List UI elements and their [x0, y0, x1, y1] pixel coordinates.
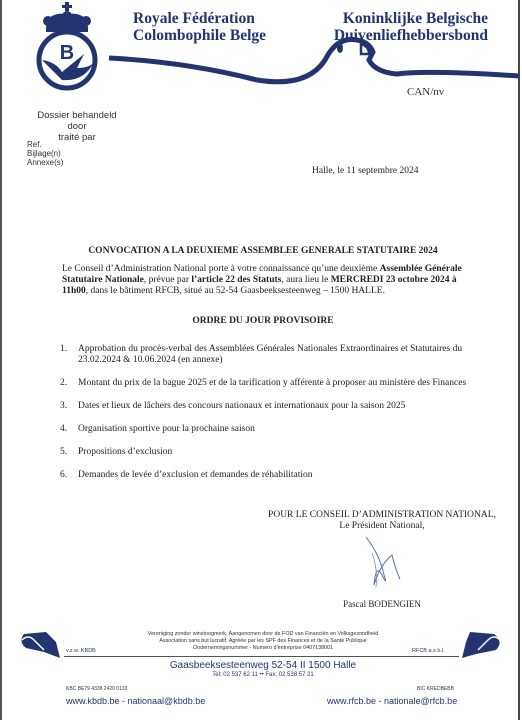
agenda-number: 6.	[60, 470, 78, 481]
handwritten-signature	[362, 535, 402, 591]
dossier-label: Dossier behandeld door traité par	[27, 110, 127, 143]
agenda-item: 5.Propositions d’exclusion	[60, 447, 490, 458]
intro-text: Le Conseil d’Administration National por…	[62, 264, 380, 274]
svg-text:B: B	[60, 42, 74, 64]
pigeon-hand-right-icon	[460, 630, 506, 662]
bank-account: KBC BE79 4338 2420 0133	[66, 686, 127, 692]
agenda-number: 3.	[60, 401, 78, 412]
asbl-label: RFCB a.s.b.l.	[412, 648, 445, 654]
org-nl-line2: Duivenliefhebbersbond	[334, 27, 488, 44]
org-nl-line1: Koninklijke Belgische	[334, 10, 488, 27]
agenda-item: 2.Montant du prix de la bague 2025 et de…	[60, 378, 490, 389]
agenda-item: 1.Approbation du procès-verbal des Assem…	[60, 344, 490, 366]
signature-title: Le Président National,	[262, 521, 502, 532]
intro-bold: l’article 22 des Statuts	[191, 275, 281, 285]
legal-notice: Vereniging zonder winstoogmerk. Aangenom…	[142, 631, 384, 652]
agenda-item: 4.Organisation sportive pour la prochain…	[60, 424, 490, 435]
bijlage-label: Bijlage(n)	[27, 149, 63, 158]
intro-text: , dans le bâtiment RFCB, situé au 52-54 …	[86, 286, 385, 296]
signature-block: POUR LE CONSEIL D’ADMINISTRATION NATIONA…	[262, 510, 502, 532]
document-page: B Royale Fédération Colombophile Belge K…	[0, 0, 520, 720]
agenda-text: Approbation du procès-verbal des Assembl…	[78, 344, 490, 366]
signatory-name: Pascal BODENGIEN	[262, 599, 502, 609]
agenda-title: ORDRE DU JOUR PROVISOIRE	[2, 316, 522, 326]
agenda-number: 4.	[60, 424, 78, 435]
vzw-label: v.z.w. KBDB	[66, 648, 96, 654]
annexe-label: Annexe(s)	[27, 158, 63, 167]
bic-code: BIC KREDBEBB	[417, 686, 454, 692]
agenda-number: 2.	[60, 378, 78, 389]
document-title: CONVOCATION A LA DEUXIEME ASSEMBLEE GENE…	[2, 246, 522, 256]
org-fr-line1: Royale Fédération	[133, 10, 266, 27]
intro-text: , aura lieu le	[281, 275, 330, 285]
website-email-fr[interactable]: www.rfcb.be - nationale@rfcb.be	[327, 696, 457, 706]
org-name-french: Royale Fédération Colombophile Belge	[133, 10, 266, 44]
agenda-text: Propositions d’exclusion	[78, 447, 172, 458]
federation-crest-logo: B	[32, 2, 104, 94]
agenda-number: 5.	[60, 447, 78, 458]
legal-line-fr: Association sans but lucratif. Agréée pa…	[142, 638, 384, 645]
reference-code: CAN/nv	[407, 86, 444, 98]
website-email-nl[interactable]: www.kbdb.be - nationaal@kbdb.be	[66, 696, 205, 706]
date-line: Halle, le 11 septembre 2024	[312, 166, 419, 176]
agenda-text: Dates et lieux de lâchers des concours n…	[78, 401, 405, 412]
legal-line-nl: Vereniging zonder winstoogmerk. Aangenom…	[142, 631, 384, 638]
pigeon-hand-left-icon	[16, 630, 62, 662]
dossier-label-nl: Dossier behandeld door	[27, 110, 127, 132]
footer-phone-fax: Tel: 02 537 62 11 •• Fax: 02 538 57 21	[2, 672, 522, 678]
intro-paragraph: Le Conseil d’Administration National por…	[62, 264, 482, 297]
agenda-item: 6.Demandes de levée d’exclusion et deman…	[60, 470, 490, 481]
org-fr-line2: Colombophile Belge	[133, 27, 266, 44]
reference-block: Ref. Bijlage(n) Annexe(s)	[27, 140, 63, 167]
org-name-dutch: Koninklijke Belgische Duivenliefhebbersb…	[334, 10, 488, 44]
signature-org: POUR LE CONSEIL D’ADMINISTRATION NATIONA…	[262, 510, 502, 521]
agenda-number: 1.	[60, 344, 78, 366]
footer-divider	[64, 656, 459, 657]
company-number: Ondernemingsnummer - Numéro d’entreprise…	[142, 645, 384, 652]
intro-text: , prévue par	[144, 275, 191, 285]
agenda-list: 1.Approbation du procès-verbal des Assem…	[60, 344, 490, 493]
agenda-text: Montant du prix de la bague 2025 et de l…	[78, 378, 466, 389]
agenda-item: 3.Dates et lieux de lâchers des concours…	[60, 401, 490, 412]
footer-address: Gaasbeeksesteenweg 52-54 II 1500 Halle	[2, 660, 522, 671]
agenda-text: Demandes de levée d’exclusion et demande…	[78, 470, 313, 481]
ref-label: Ref.	[27, 140, 63, 149]
agenda-text: Organisation sportive pour la prochaine …	[78, 424, 255, 435]
